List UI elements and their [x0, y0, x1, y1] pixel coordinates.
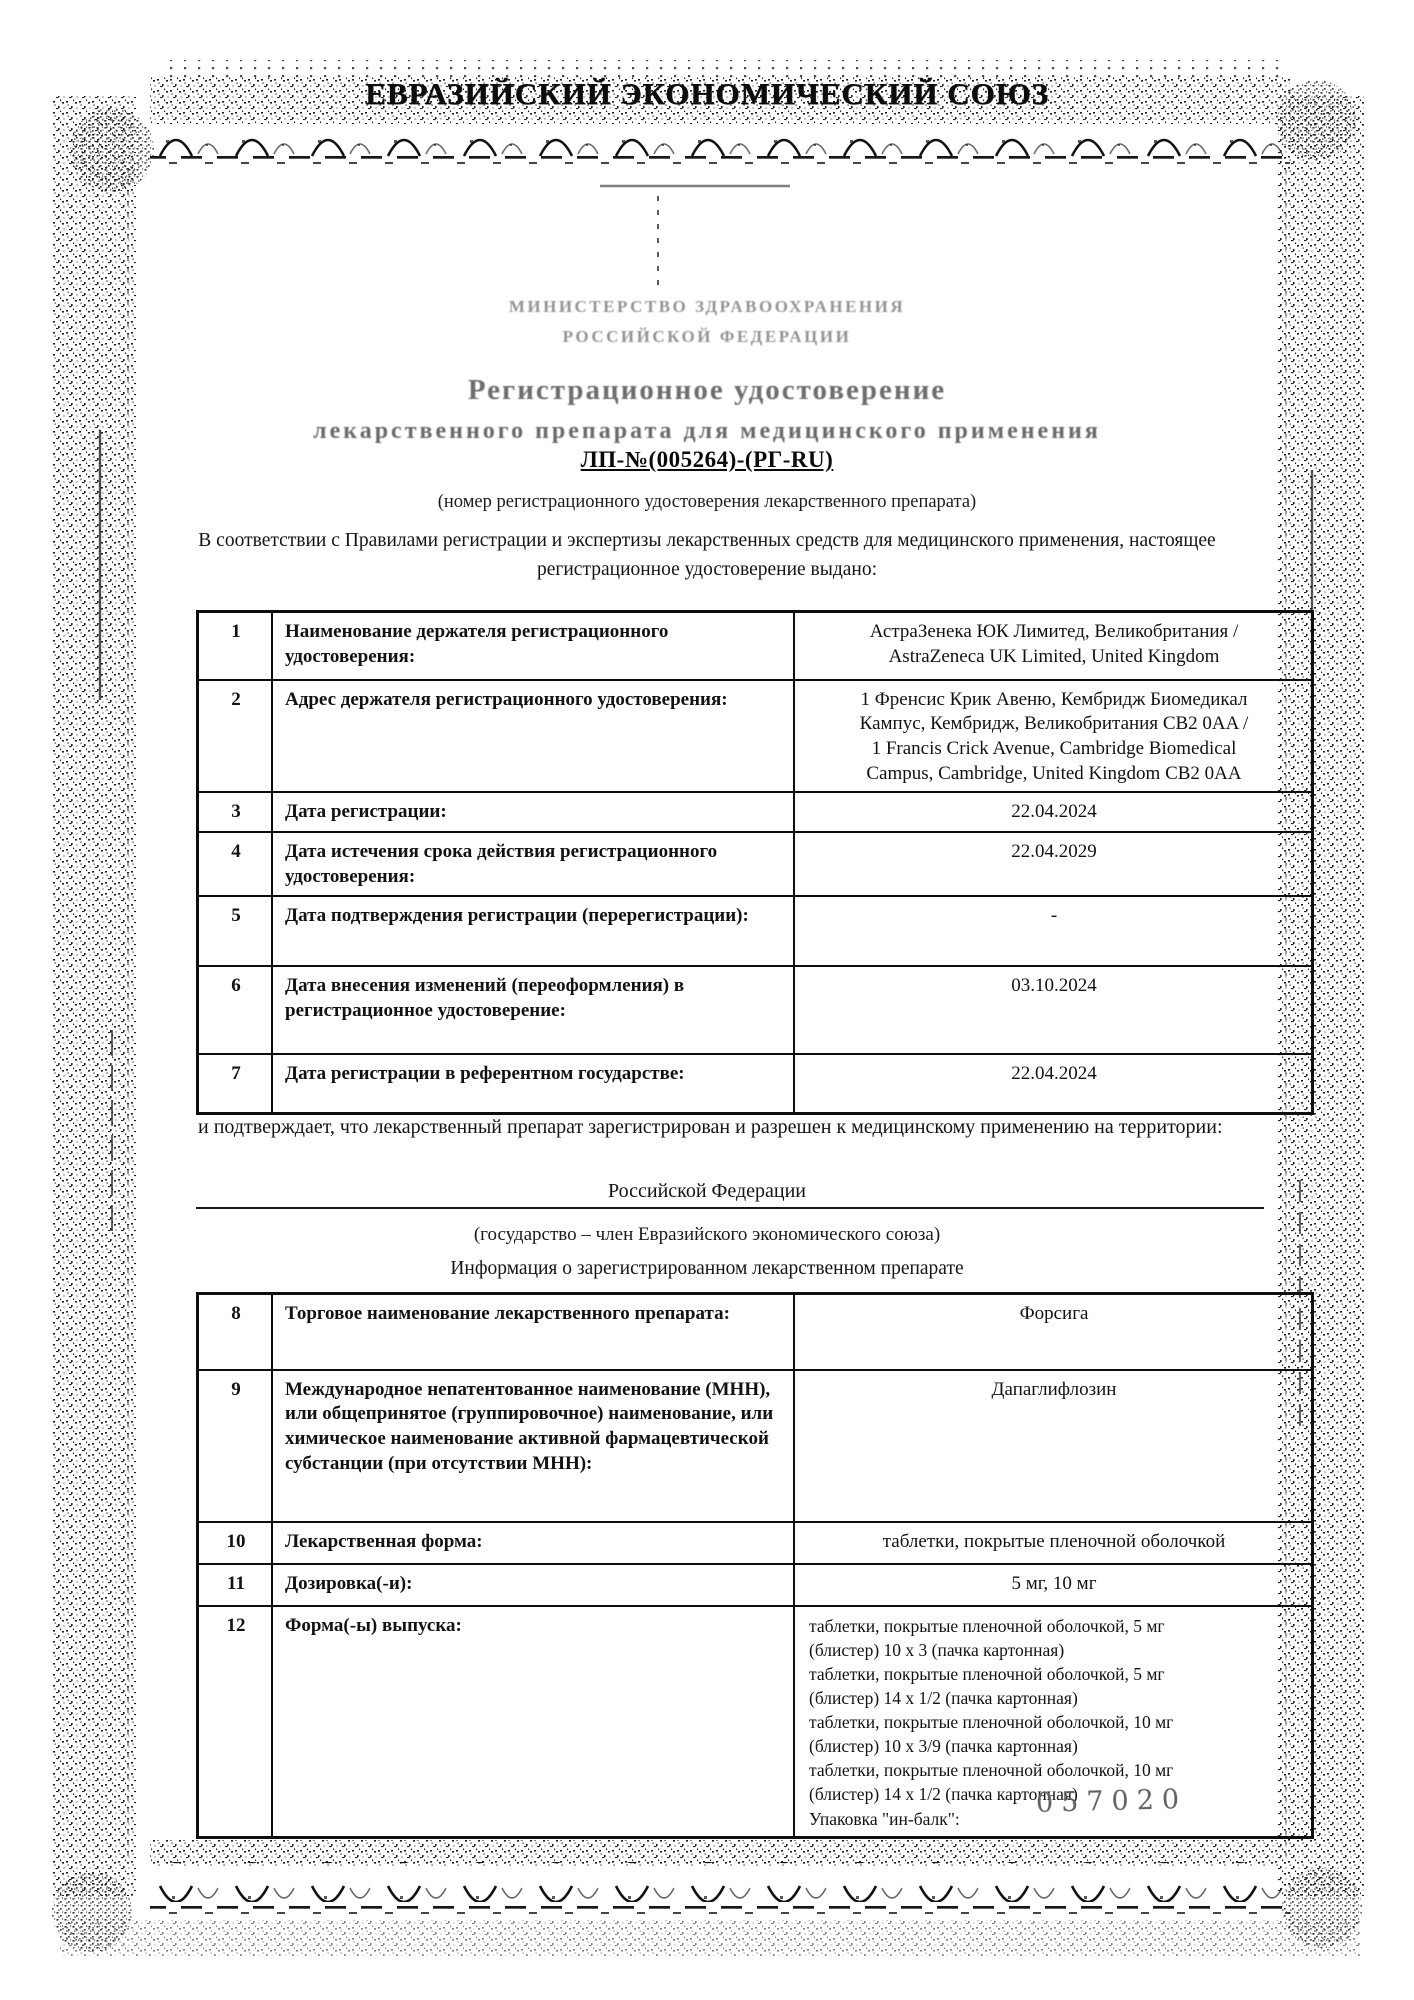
ministry-name: МИНИСТЕРСТВО ЗДРАВООХРАНЕНИЯ РОССИЙСКОЙ … — [0, 292, 1414, 352]
row-number: 2 — [198, 680, 273, 793]
confirmation-paragraph: и подтверждает, что лекарственный препар… — [198, 1112, 1266, 1143]
row-label: Адрес держателя регистрационного удостов… — [272, 680, 794, 793]
row-label: Международное непатентованное наименован… — [272, 1370, 794, 1522]
table-row: 6 Дата внесения изменений (переоформлени… — [198, 966, 1313, 1054]
intro-paragraph: В соответствии с Правилами регистрации и… — [185, 526, 1229, 585]
row-number: 4 — [198, 832, 273, 896]
row-value: 22.04.2029 — [794, 832, 1313, 896]
document-title-line1: Регистрационное удостоверение — [0, 374, 1414, 407]
row-number: 10 — [198, 1522, 273, 1564]
row-label: Дата истечения срока действия регистраци… — [272, 832, 794, 896]
table-row: 4 Дата истечения срока действия регистра… — [198, 832, 1313, 896]
table-row: 10 Лекарственная форма: таблетки, покрыт… — [198, 1522, 1313, 1564]
row-label: Наименование держателя регистрационного … — [272, 612, 794, 680]
row-value: 1 Френсис Крик Авеню, Кембридж Биомедика… — [794, 680, 1313, 793]
ministry-line2: РОССИЙСКОЙ ФЕДЕРАЦИИ — [0, 322, 1414, 352]
row-value: таблетки, покрытые пленочной оболочкой — [794, 1522, 1313, 1564]
row-number: 6 — [198, 966, 273, 1054]
certificate-page: ЕВРАЗИЙСКИЙ ЭКОНОМИЧЕСКИЙ СОЮЗ МИНИСТЕРС… — [0, 0, 1414, 2000]
table-row: 9 Международное непатентованное наименов… — [198, 1370, 1313, 1522]
table-row: 3 Дата регистрации: 22.04.2024 — [198, 792, 1313, 832]
row-value: 22.04.2024 — [794, 792, 1313, 832]
territory-caption: (государство – член Евразийского экономи… — [0, 1224, 1414, 1246]
union-title: ЕВРАЗИЙСКИЙ ЭКОНОМИЧЕСКИЙ СОЮЗ — [0, 76, 1414, 112]
row-label: Дозировка(-и): — [272, 1564, 794, 1606]
row-label: Дата внесения изменений (переоформления)… — [272, 966, 794, 1054]
territory-underline — [196, 1207, 1264, 1209]
row-number: 5 — [198, 896, 273, 966]
row-number: 7 — [198, 1054, 273, 1113]
row-label: Торговое наименование лекарственного пре… — [272, 1294, 794, 1370]
table-row: 11 Дозировка(-и): 5 мг, 10 мг — [198, 1564, 1313, 1606]
table-row: 2 Адрес держателя регистрационного удост… — [198, 680, 1313, 793]
row-label: Дата регистрации в референтном государст… — [272, 1054, 794, 1113]
serial-stamp: 057020 — [1036, 1784, 1188, 1819]
table-row: 1 Наименование держателя регистрационног… — [198, 612, 1313, 680]
row-label: Дата подтверждения регистрации (перереги… — [272, 896, 794, 966]
row-number: 12 — [198, 1606, 273, 1838]
row-label: Дата регистрации: — [272, 792, 794, 832]
document-title-line2: лекарственного препарата для медицинског… — [0, 418, 1414, 445]
drug-info-table: 8 Торговое наименование лекарственного п… — [196, 1292, 1314, 1839]
row-value: АстраЗенека ЮК Лимитед, Великобритания /… — [794, 612, 1313, 680]
row-value: 22.04.2024 — [794, 1054, 1313, 1113]
row-value: - — [794, 896, 1313, 966]
row-number: 3 — [198, 792, 273, 832]
row-number: 1 — [198, 612, 273, 680]
row-label: Форма(-ы) выпуска: — [272, 1606, 794, 1838]
drug-info-heading: Информация о зарегистрированном лекарств… — [0, 1258, 1414, 1280]
row-number: 8 — [198, 1294, 273, 1370]
row-value: 5 мг, 10 мг — [794, 1564, 1313, 1606]
row-value: Дапаглифлозин — [794, 1370, 1313, 1522]
row-label: Лекарственная форма: — [272, 1522, 794, 1564]
territory-name: Российской Федерации — [0, 1180, 1414, 1203]
table-row: 7 Дата регистрации в референтном государ… — [198, 1054, 1313, 1113]
registration-number-caption: (номер регистрационного удостоверения ле… — [0, 492, 1414, 513]
row-value: Форсига — [794, 1294, 1313, 1370]
registration-details-table: 1 Наименование держателя регистрационног… — [196, 610, 1314, 1115]
ministry-line1: МИНИСТЕРСТВО ЗДРАВООХРАНЕНИЯ — [0, 292, 1414, 322]
row-number: 9 — [198, 1370, 273, 1522]
row-value: 03.10.2024 — [794, 966, 1313, 1054]
row-number: 11 — [198, 1564, 273, 1606]
registration-number: ЛП-№(005264)-(РГ-RU) — [0, 447, 1414, 473]
table-row: 5 Дата подтверждения регистрации (перере… — [198, 896, 1313, 966]
table-row: 8 Торговое наименование лекарственного п… — [198, 1294, 1313, 1370]
